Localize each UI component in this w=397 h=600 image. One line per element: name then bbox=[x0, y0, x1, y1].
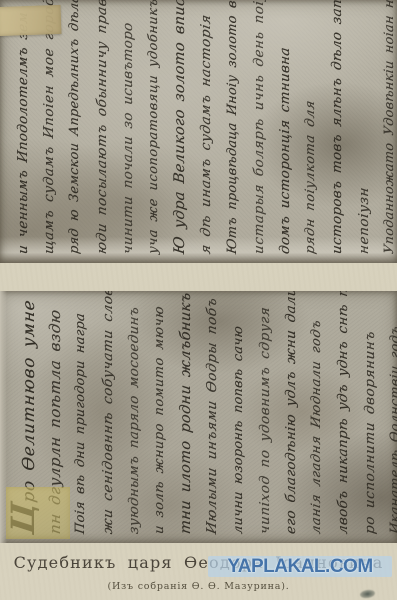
handwritten-line: тни илото родни жлъбникъ соо bbox=[173, 291, 199, 536]
watermark: YAPLAKAL.COM bbox=[208, 556, 392, 577]
handwritten-line: лвобъ никапрѣ удъ уднъ снѣ подъ bbox=[330, 291, 356, 536]
handwritten-line: Уподанножато Удовѣнкіи ноіан ни брачі bbox=[377, 0, 397, 256]
manuscript-photo-top: и ченнымъ Иподолотелмъ земщамъ судамъ Ип… bbox=[0, 0, 397, 263]
handwritten-line: рядн поіулкота для bbox=[298, 0, 324, 256]
handwritten-line: исторовъ товъ ялѣнъ дѣло запишу bbox=[324, 0, 350, 256]
yellow-stain-patch bbox=[6, 487, 70, 539]
watermark-text: YAPLAKAL.COM bbox=[227, 556, 372, 578]
handwritten-line: чинити почали зо исивъторо bbox=[115, 0, 141, 256]
tape-patch bbox=[0, 5, 61, 36]
book-page-scan: и ченнымъ Иподолотелмъ земщамъ судамъ Ип… bbox=[0, 0, 397, 600]
handwritten-line: Ю удра Великого золото вписую bbox=[167, 0, 193, 256]
handwritten-line: щамъ судамъ Ипоіен мое городъ bbox=[36, 0, 62, 256]
handwritten-line: я дѣ инамъ судамъ насторія bbox=[193, 0, 219, 256]
handwritten-line: Поія вѣ дни пригодори награ bbox=[68, 291, 94, 536]
handwritten-line: ланія лгадня Июднали годъ bbox=[304, 291, 330, 536]
handwritten-line: уча же исопоратовяци удобникъ bbox=[141, 0, 167, 256]
handwritten-line: жи сенідовннѣ собучати слов bbox=[95, 291, 121, 536]
handwritten-line: Июлыми инъями Ѳодры побъ bbox=[199, 291, 225, 536]
handwritten-line: зуюднымъ паряло мосоединъ bbox=[121, 291, 147, 536]
caption-subtitle: (Изъ собранія Ѳ. Ѳ. Мазурина). bbox=[0, 580, 397, 593]
handwritten-line: домъ исторонція стнивна bbox=[272, 0, 298, 256]
handwritten-line: чипіход по удовнимъ сдругя bbox=[252, 291, 278, 536]
handwritten-line: юди посылаютъ обынничу правы bbox=[89, 0, 115, 256]
manuscript-text-top: и ченнымъ Иподолотелмъ земщамъ судамъ Ип… bbox=[0, 0, 397, 263]
ink-smudge bbox=[360, 589, 376, 599]
handwritten-line: Ютъ процвѣдаца Иноіу золото вы bbox=[220, 0, 246, 256]
manuscript-photo-bottom: Цро Ѳелитнюво умне вздпн дгулрлн поѣтла … bbox=[0, 291, 397, 543]
handwritten-line: истарыя болярѣ ичнь день поіу bbox=[246, 0, 272, 256]
handwritten-line: непоіузн bbox=[351, 0, 377, 256]
handwritten-line: Иканателѣ Ѳолнствіи годъ bbox=[383, 291, 397, 536]
handwritten-line: лични юзоронѣ попвѣ сачю bbox=[226, 291, 252, 536]
handwritten-line: его благодѣнію удлъ жни дали bbox=[278, 291, 304, 536]
handwritten-line: ряд ю Земскои Апредѣлнихъ дѣла bbox=[62, 0, 88, 256]
handwritten-line: ро исполнити дворянинъ bbox=[357, 291, 383, 536]
handwritten-line: и золѣ жниро помито мючю bbox=[147, 291, 173, 536]
handwritten-line: и ченнымъ Иподолотелмъ зем bbox=[10, 0, 36, 256]
